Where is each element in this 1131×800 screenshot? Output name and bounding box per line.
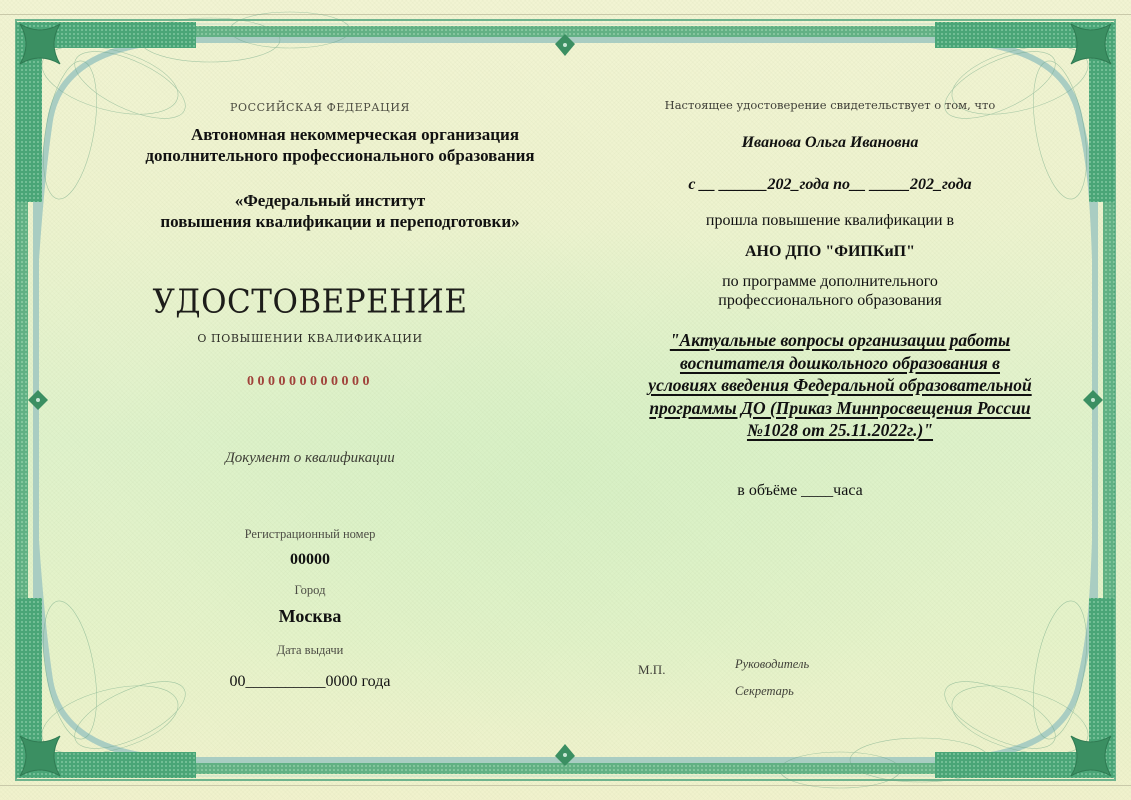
- head-signature-label: Руководитель: [735, 657, 855, 672]
- certificate-page: РОССИЙСКАЯ ФЕДЕРАЦИЯ Автономная некоммер…: [0, 0, 1131, 800]
- program-line-2: профессионального образования: [620, 291, 1040, 310]
- holder-name: Иванова Ольга Ивановна: [620, 134, 1040, 152]
- course-line: воспитателя дошкольного образования в: [680, 353, 1000, 373]
- city-value: Москва: [190, 606, 430, 627]
- serial-number: 000000000000: [150, 374, 470, 390]
- issue-date-value: 00__________0000 года: [190, 673, 430, 691]
- certificate-title: УДОСТОВЕРЕНИЕ: [140, 283, 480, 321]
- passed-text: прошла повышение квалификации в: [620, 212, 1040, 230]
- org-line-1: Автономная некоммерческая организация: [100, 124, 580, 145]
- program-type: по программе дополнительного профессиона…: [620, 272, 1040, 310]
- certificate-subtitle: О ПОВЫШЕНИИ КВАЛИФИКАЦИИ: [140, 332, 480, 345]
- course-title: "Актуальные вопросы организации работы в…: [600, 329, 1080, 442]
- course-hours: в объёме ____часа: [700, 482, 900, 500]
- stamp-placeholder: М.П.: [638, 662, 678, 678]
- course-line: №1028 от 25.11.2022г.)": [747, 420, 933, 440]
- inst-line-2: повышения квалификации и переподготовки»: [160, 212, 519, 231]
- certifies-intro: Настоящее удостоверение свидетельствует …: [620, 98, 1040, 112]
- institute-name: «Федеральный институт повышения квалифик…: [100, 190, 580, 232]
- issue-date-label: Дата выдачи: [190, 643, 430, 658]
- org-line-2: дополнительного профессионального образо…: [145, 146, 534, 165]
- training-organization: АНО ДПО "ФИПКиП": [620, 243, 1040, 261]
- country-label: РОССИЙСКАЯ ФЕДЕРАЦИЯ: [150, 101, 490, 114]
- document-type: Документ о квалификации: [150, 450, 470, 467]
- reg-number: 00000: [190, 551, 430, 569]
- city-label: Город: [190, 583, 430, 598]
- course-line: программы ДО (Приказ Минпросвещения Росс…: [649, 398, 1030, 418]
- training-period: с __ ______202_года по__ _____202_года: [620, 176, 1040, 194]
- reg-number-label: Регистрационный номер: [190, 527, 430, 542]
- secretary-signature-label: Секретарь: [735, 684, 855, 699]
- program-line-1: по программе дополнительного: [620, 272, 1040, 291]
- inst-line-1: «Федеральный институт: [100, 190, 580, 211]
- course-line: условиях введения Федеральной образовате…: [648, 375, 1031, 395]
- course-line: "Актуальные вопросы организации работы: [670, 330, 1010, 350]
- organization-name: Автономная некоммерческая организация до…: [100, 124, 580, 166]
